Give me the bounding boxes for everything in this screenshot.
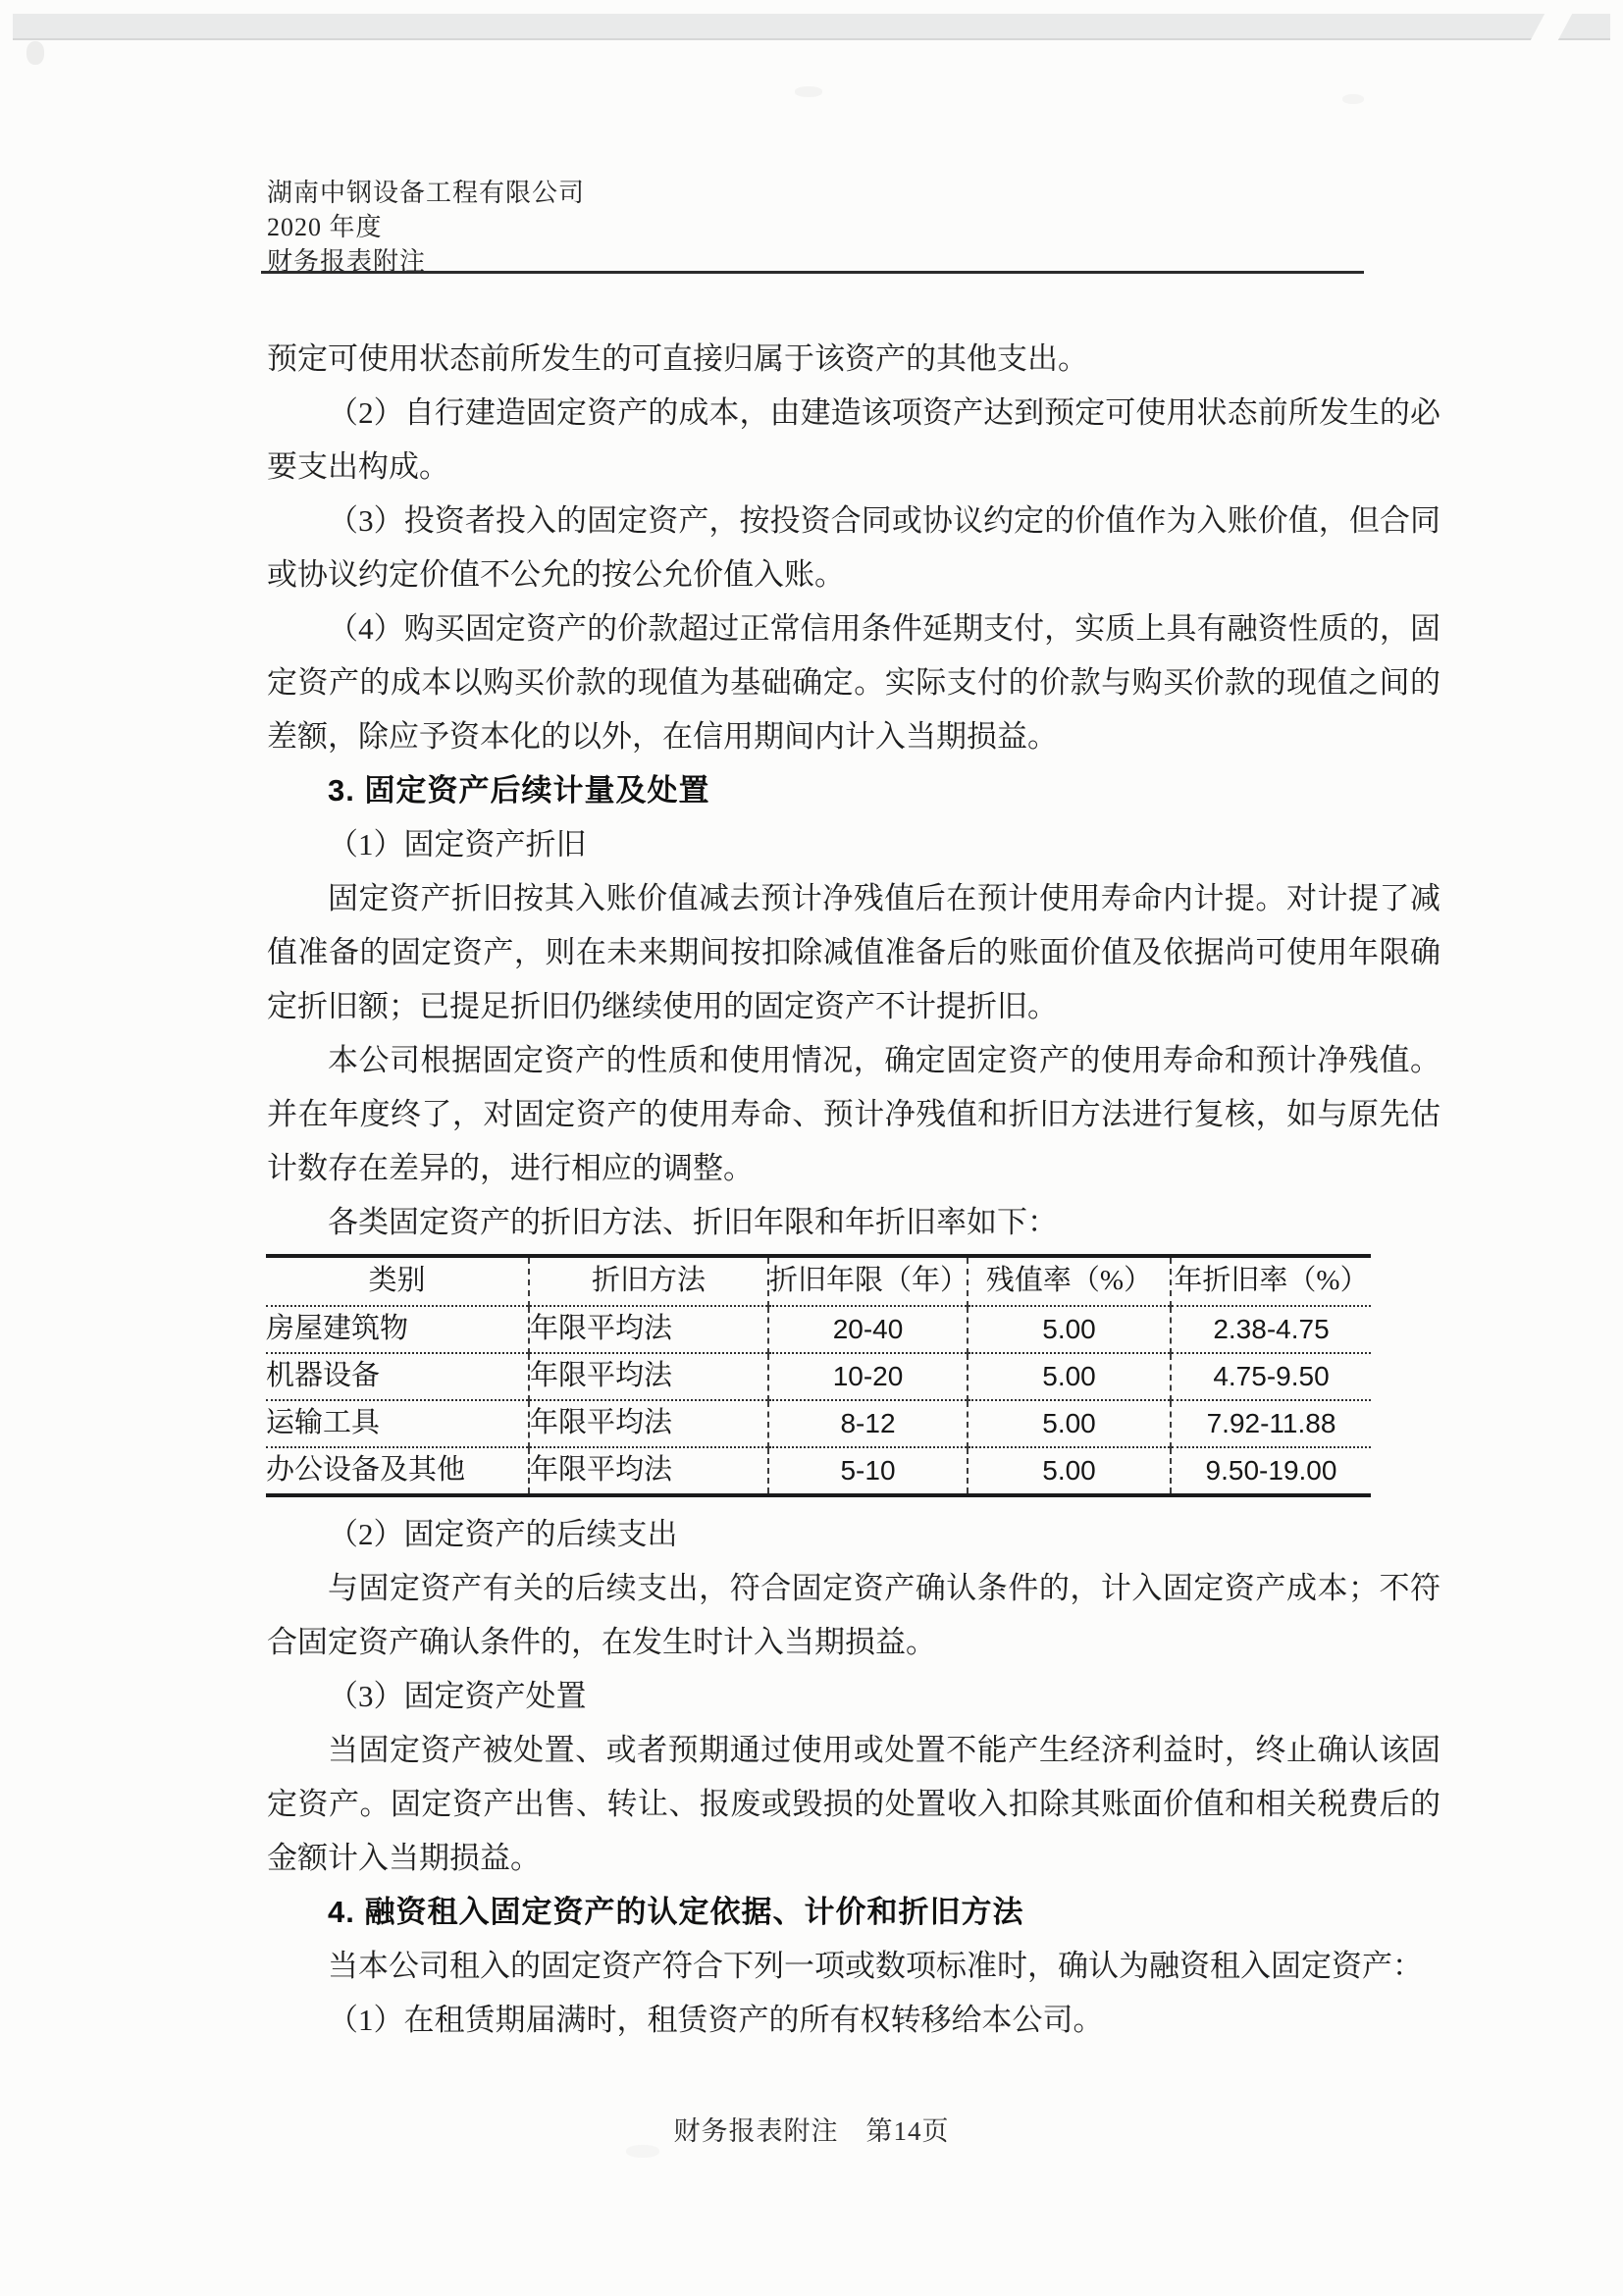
- depreciation-table: 类别 折旧方法 折旧年限（年） 残值率（%） 年折旧率（%） 房屋建筑物 年限平…: [266, 1254, 1371, 1497]
- scan-artifact-band: [13, 14, 1610, 40]
- paragraph: 当本公司租入的固定资产符合下列一项或数项标准时，确认为融资租入固定资产：: [267, 1939, 1440, 1993]
- cell-method: 年限平均法: [529, 1353, 768, 1400]
- cell-residual-rate: 5.00: [968, 1400, 1171, 1447]
- cell-method: 年限平均法: [529, 1400, 768, 1447]
- paragraph: （3）投资者投入的固定资产，按投资合同或协议约定的价值作为入账价值，但合同或协议…: [267, 494, 1440, 601]
- cell-category: 办公设备及其他: [266, 1447, 529, 1495]
- paragraph: 固定资产折旧按其入账价值减去预计净残值后在预计使用寿命内计提。对计提了减值准备的…: [267, 871, 1440, 1033]
- paragraph: 本公司根据固定资产的性质和使用情况，确定固定资产的使用寿命和预计净残值。并在年度…: [267, 1033, 1440, 1195]
- cell-years: 8-12: [768, 1400, 968, 1447]
- paragraph: （3）固定资产处置: [267, 1669, 1440, 1723]
- paragraph: 当固定资产被处置、或者预期通过使用或处置不能产生经济利益时，终止确认该固定资产。…: [267, 1723, 1440, 1885]
- document-header: 湖南中钢设备工程有限公司 2020 年度 财务报表附注: [267, 176, 585, 279]
- column-header-method: 折旧方法: [529, 1256, 768, 1306]
- page-footer: 财务报表附注 第14页: [0, 2110, 1623, 2148]
- paragraph: （1）固定资产折旧: [267, 817, 1440, 871]
- cell-residual-rate: 5.00: [968, 1306, 1171, 1353]
- scan-artifact-smudge: [26, 41, 44, 65]
- scanned-document-page: 湖南中钢设备工程有限公司 2020 年度 财务报表附注 预定可使用状态前所发生的…: [0, 0, 1623, 2296]
- cell-residual-rate: 5.00: [968, 1353, 1171, 1400]
- paragraph: （4）购买固定资产的价款超过正常信用条件延期支付，实质上具有融资性质的，固定资产…: [267, 601, 1440, 763]
- scan-artifact-smudge: [1342, 94, 1364, 104]
- table-header-row: 类别 折旧方法 折旧年限（年） 残值率（%） 年折旧率（%）: [266, 1256, 1371, 1306]
- fiscal-period: 2020 年度: [267, 210, 585, 244]
- section-heading-4: 4. 融资租入固定资产的认定依据、计价和折旧方法: [267, 1885, 1440, 1939]
- column-header-category: 类别: [266, 1256, 529, 1306]
- table-row: 运输工具 年限平均法 8-12 5.00 7.92-11.88: [266, 1400, 1371, 1447]
- cell-annual-rate: 7.92-11.88: [1171, 1400, 1371, 1447]
- cell-years: 10-20: [768, 1353, 968, 1400]
- paragraph: （2）自行建造固定资产的成本，由建造该项资产达到预定可使用状态前所发生的必要支出…: [267, 386, 1440, 494]
- column-header-residual-rate: 残值率（%）: [968, 1256, 1171, 1306]
- document-body: 预定可使用状态前所发生的可直接归属于该资产的其他支出。 （2）自行建造固定资产的…: [267, 332, 1440, 2047]
- header-divider: [261, 271, 1364, 274]
- paragraph: （2）固定资产的后续支出: [267, 1507, 1440, 1561]
- column-header-years: 折旧年限（年）: [768, 1256, 968, 1306]
- table-row: 办公设备及其他 年限平均法 5-10 5.00 9.50-19.00: [266, 1447, 1371, 1495]
- paragraph: 各类固定资产的折旧方法、折旧年限和年折旧率如下：: [267, 1195, 1440, 1249]
- scan-artifact-notch: [1531, 14, 1572, 40]
- cell-annual-rate: 9.50-19.00: [1171, 1447, 1371, 1495]
- cell-annual-rate: 2.38-4.75: [1171, 1306, 1371, 1353]
- table-row: 房屋建筑物 年限平均法 20-40 5.00 2.38-4.75: [266, 1306, 1371, 1353]
- cell-method: 年限平均法: [529, 1306, 768, 1353]
- paragraph-continuation: 预定可使用状态前所发生的可直接归属于该资产的其他支出。: [267, 332, 1440, 386]
- section-heading-3: 3. 固定资产后续计量及处置: [267, 763, 1440, 817]
- cell-category: 运输工具: [266, 1400, 529, 1447]
- cell-residual-rate: 5.00: [968, 1447, 1171, 1495]
- paragraph: （1）在租赁期届满时，租赁资产的所有权转移给本公司。: [267, 1993, 1440, 2047]
- paragraph: 与固定资产有关的后续支出，符合固定资产确认条件的，计入固定资产成本；不符合固定资…: [267, 1561, 1440, 1669]
- cell-category: 机器设备: [266, 1353, 529, 1400]
- cell-method: 年限平均法: [529, 1447, 768, 1495]
- cell-years: 20-40: [768, 1306, 968, 1353]
- cell-category: 房屋建筑物: [266, 1306, 529, 1353]
- column-header-annual-rate: 年折旧率（%）: [1171, 1256, 1371, 1306]
- footer-text: 财务报表附注 第14页: [674, 2116, 950, 2146]
- company-name: 湖南中钢设备工程有限公司: [267, 176, 585, 210]
- cell-years: 5-10: [768, 1447, 968, 1495]
- table-row: 机器设备 年限平均法 10-20 5.00 4.75-9.50: [266, 1353, 1371, 1400]
- scan-artifact-smudge: [795, 86, 822, 97]
- cell-annual-rate: 4.75-9.50: [1171, 1353, 1371, 1400]
